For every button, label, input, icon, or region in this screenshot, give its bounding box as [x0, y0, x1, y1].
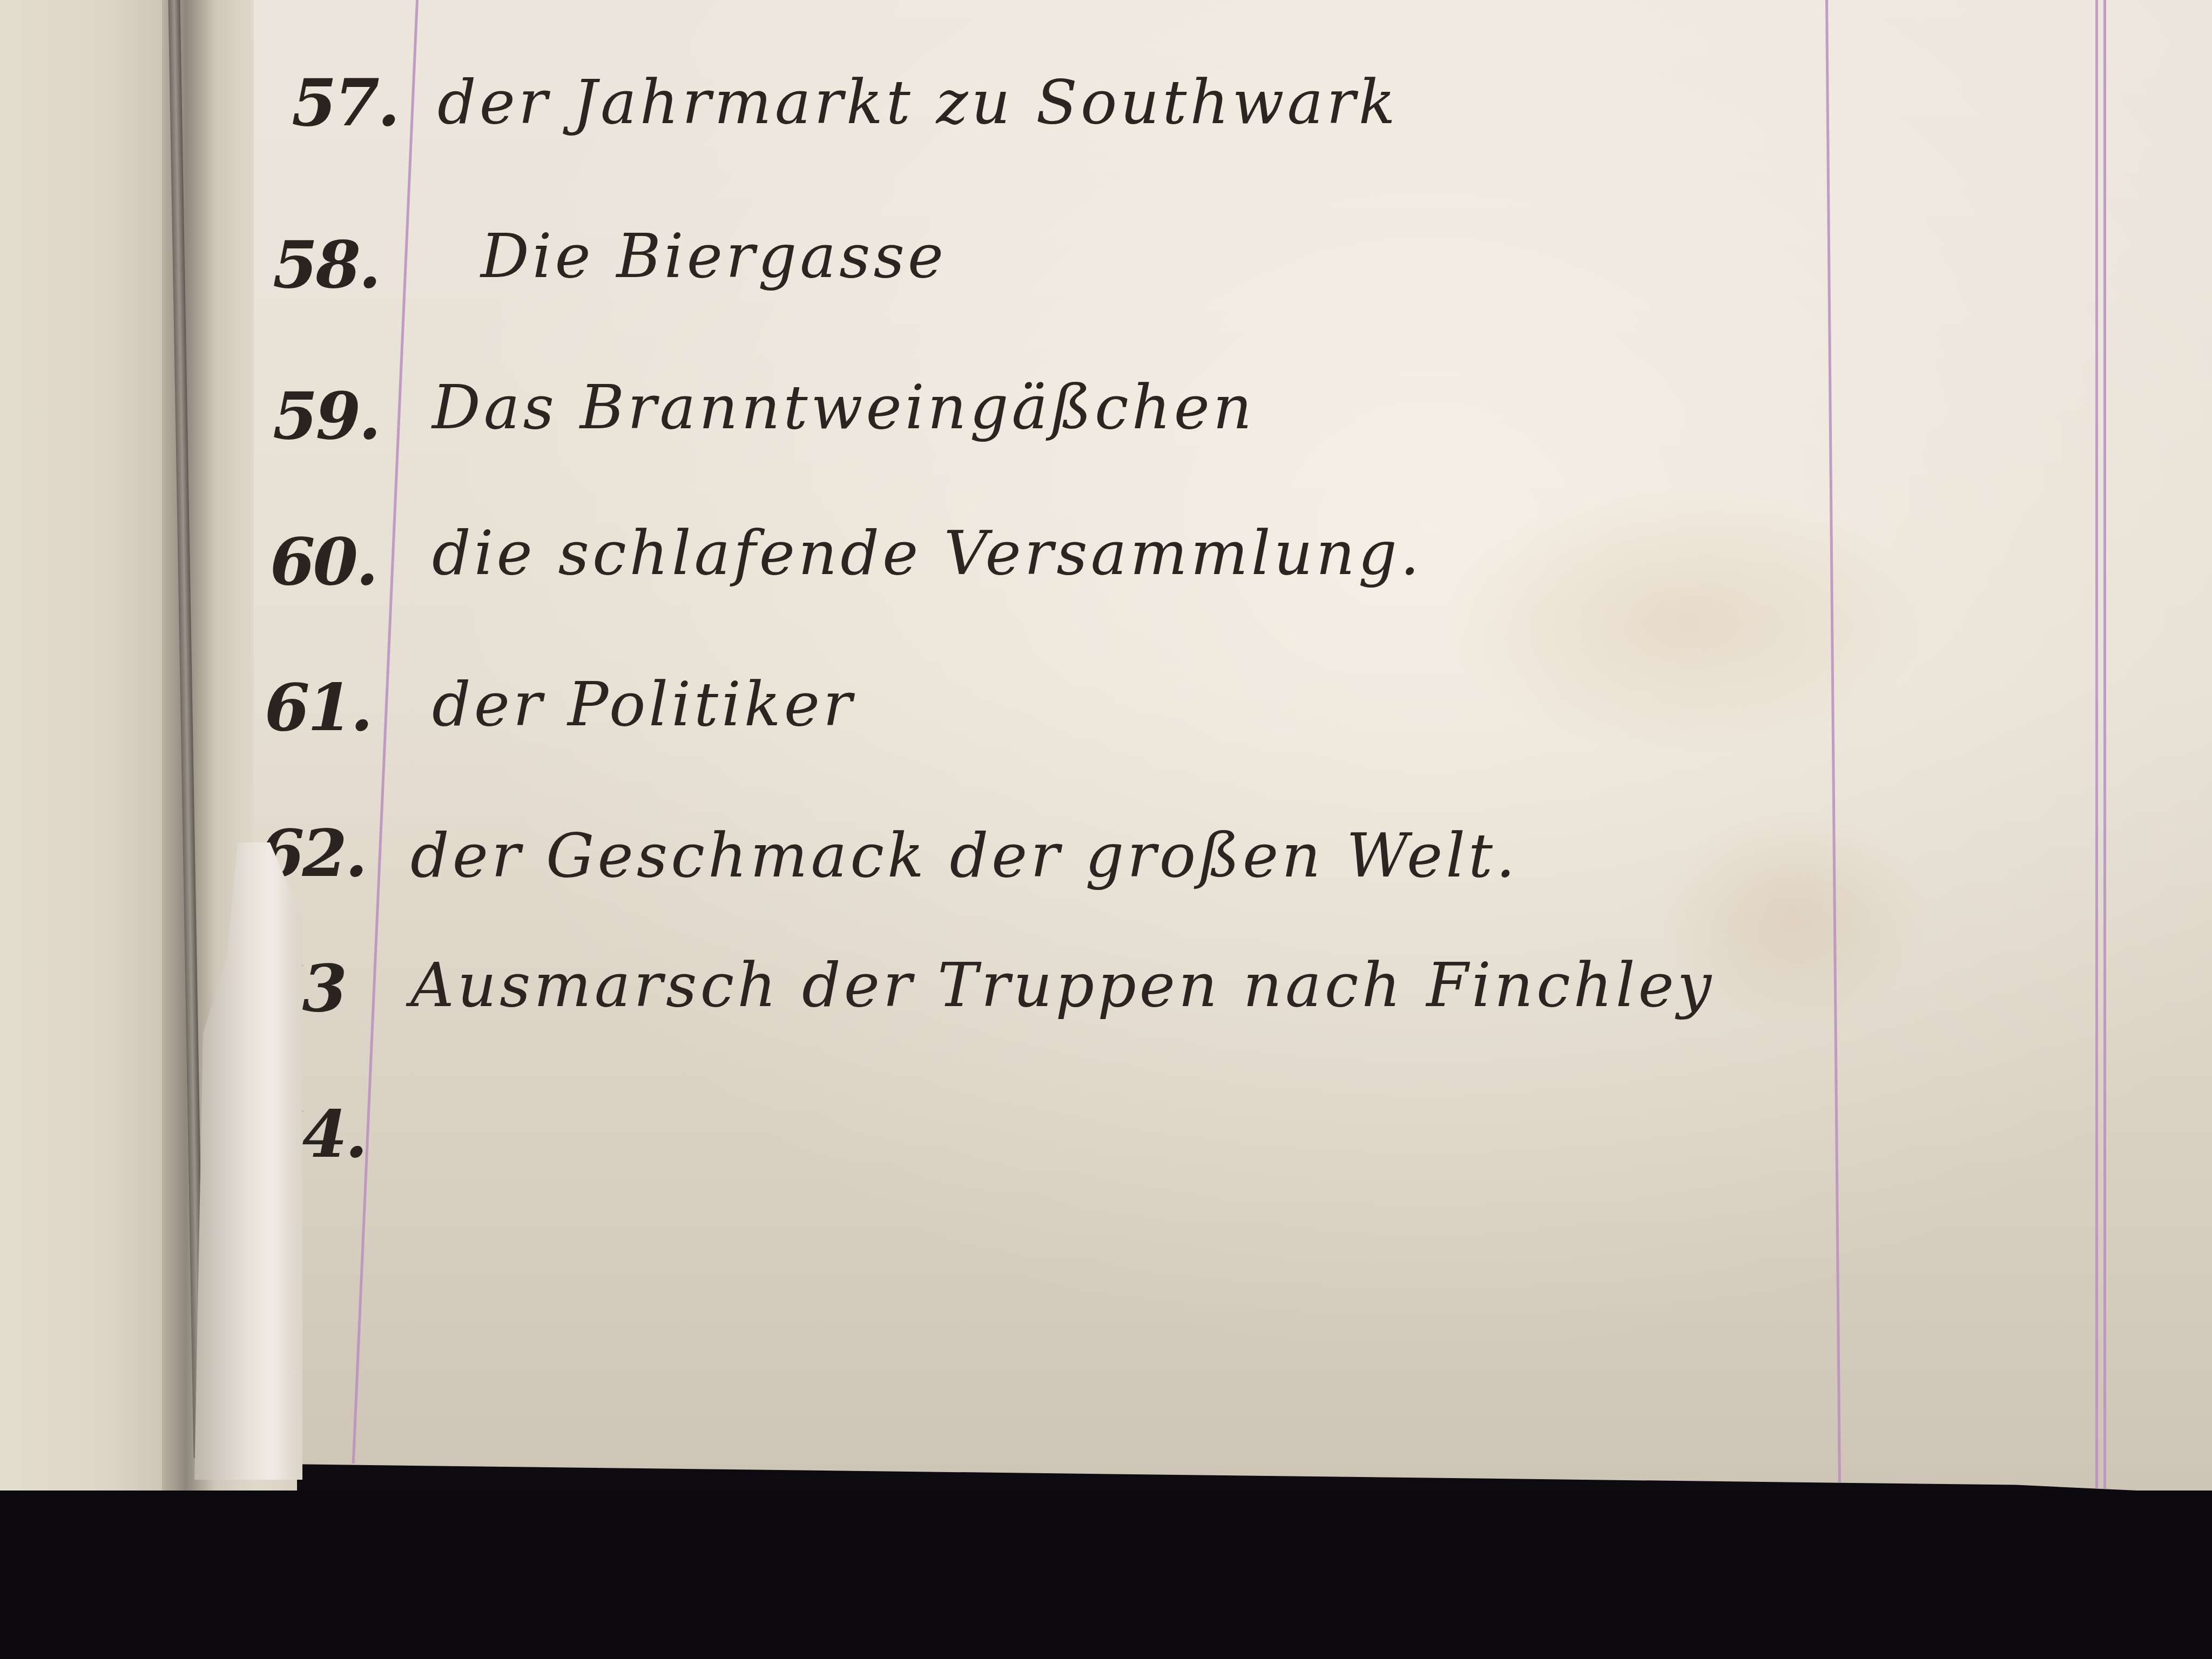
entry-title: der Politiker	[432, 670, 855, 740]
entry-title: der Jahrmarkt zu Southwark	[437, 68, 1399, 138]
entry-title: die schlafende Versammlung.	[432, 518, 1422, 589]
entry-title: Die Biergasse	[481, 221, 947, 292]
entry-title: Das Branntweingäßchen	[432, 373, 1255, 443]
entry-number: 61.	[265, 670, 371, 746]
entry-list: 57. der Jahrmarkt zu Southwark 58. Die B…	[254, 0, 2212, 1512]
entry-number: 57.	[292, 65, 398, 141]
entry-number: 60.	[270, 524, 376, 600]
entry-number: 59.	[273, 378, 379, 454]
entry-title: Ausmarsch der Truppen nach Finchley	[410, 950, 1715, 1021]
ledger-page: 57. der Jahrmarkt zu Southwark 58. Die B…	[254, 0, 2212, 1512]
previous-page	[0, 0, 178, 1501]
entry-title: der Geschmack der großen Welt.	[410, 821, 1519, 891]
photo-scene: 57. der Jahrmarkt zu Southwark 58. Die B…	[0, 0, 2212, 1659]
entry-number: 58.	[273, 227, 379, 303]
dark-background	[0, 1491, 2212, 1659]
